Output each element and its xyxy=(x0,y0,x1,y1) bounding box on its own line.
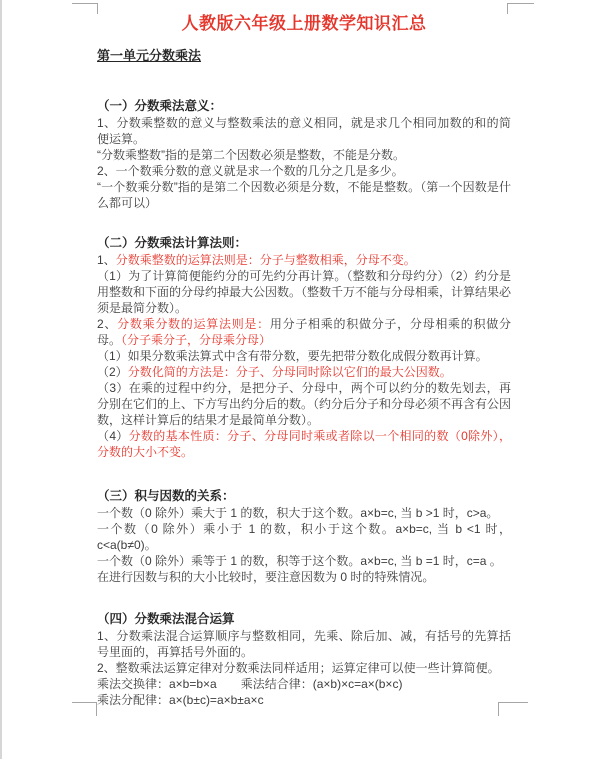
paragraph: 1、分数乘法混合运算顺序与整数相同，先乘、除后加、减，有括号的先算括号里面的，再… xyxy=(97,628,511,660)
text-segment: 一个数（0 除外）乘大于 1 的数，积大于这个数。a×b=c, 当 b >1 时… xyxy=(97,506,498,520)
paragraph: 1、分数乘整数的意义与整数乘法的意义相同，就是求几个相同加数的和的简便运算。 xyxy=(97,115,511,147)
text-segment: “一个数乘分数”指的是第二个因数必须是分数，不能是整数。（第一个因数是什么都可以… xyxy=(97,180,511,210)
text-segment: （分子乘分子，分母乘分母） xyxy=(121,333,271,347)
paragraph: 一个数（0 除外）乘等于 1 的数，积等于这个数。a×b=c, 当 b =1 时… xyxy=(97,553,511,569)
paragraph: 乘法交换律：a×b=b×a 乘法结合律：(a×b)×c=a×(b×c) xyxy=(97,676,511,692)
paragraph: （1）为了计算简便能约分的可先约分再计算。（整数和分母约分）（2）约分是用整数和… xyxy=(97,268,511,316)
text-segment: 乘法交换律：a×b=b×a 乘法结合律：(a×b)×c=a×(b×c) xyxy=(97,677,402,691)
paragraph: （4）分数的基本性质：分子、分母同时乘或者除以一个相同的数（0除外），分数的大小… xyxy=(97,428,511,460)
section-mixed-operations: （四）分数乘法混合运算 1、分数乘法混合运算顺序与整数相同，先乘、除后加、减，有… xyxy=(97,611,511,708)
section-fraction-multiplication-rules: （二）分数乘法计算法则： 1、分数乘整数的运算法则是：分子与整数相乘，分母不变。… xyxy=(97,235,511,460)
text-segment: 一个数（0 除外）乘等于 1 的数，积等于这个数。a×b=c, 当 b =1 时… xyxy=(97,554,502,568)
document-body: 人教版六年级上册数学知识汇总 第一单元分数乘法 （一）分数乘法意义： 1、分数乘… xyxy=(97,12,511,708)
text-segment: “分数乘整数”指的是第二个因数必须是整数，不能是分数。 xyxy=(97,148,405,162)
paragraph: 在进行因数与积的大小比较时，要注意因数为 0 时的特殊情况。 xyxy=(97,569,511,585)
text-segment: 分数乘分数的运算法则是： xyxy=(117,317,270,331)
page-edge-shadow xyxy=(0,0,2,759)
text-boundary-mark-top-right xyxy=(507,3,534,14)
text-segment: （4） xyxy=(97,429,129,443)
text-segment: 2、一个数乘分数的意义就是求一个数的几分之几是多少。 xyxy=(97,164,404,178)
text-segment: 1、分数乘整数的意义与整数乘法的意义相同，就是求几个相同加数的和的简便运算。 xyxy=(97,116,511,146)
paragraph: 一个数（0 除外）乘小于 1 的数，积小于这个数。a×b=c, 当 b <1 时… xyxy=(97,521,511,553)
text-segment: （1）为了计算简便能约分的可先约分再计算。（整数和分母约分）（2）约分是用整数和… xyxy=(97,269,511,315)
paragraph: “一个数乘分数”指的是第二个因数必须是分数，不能是整数。（第一个因数是什么都可以… xyxy=(97,179,511,211)
text-segment: 分数的基本性质：分子、分母同时乘或者除以一个相同的数（0除外），分数的大小不变。 xyxy=(97,429,511,459)
text-segment: 1、分数乘法混合运算顺序与整数相同，先乘、除后加、减，有括号的先算括号里面的，再… xyxy=(97,629,511,659)
section-product-factor-relation: （三）积与因数的关系： 一个数（0 除外）乘大于 1 的数，积大于这个数。a×b… xyxy=(97,488,511,585)
paragraph: 2、一个数乘分数的意义就是求一个数的几分之几是多少。 xyxy=(97,163,511,179)
text-boundary-mark-bottom-left xyxy=(72,702,97,716)
text-segment: 分数乘整数的运算法则是：分子与整数相乘，分母不变。 xyxy=(116,253,416,267)
paragraph: 1、分数乘整数的运算法则是：分子与整数相乘，分母不变。 xyxy=(97,252,511,268)
section-fraction-multiplication-meaning: （一）分数乘法意义： 1、分数乘整数的意义与整数乘法的意义相同，就是求几个相同加… xyxy=(97,98,511,211)
text-segment: 2、整数乘法运算定律对分数乘法同样适用；运算定律可以使一些计算简便。 xyxy=(97,661,500,675)
text-boundary-mark-top-left xyxy=(72,3,98,14)
paragraph: “分数乘整数”指的是第二个因数必须是整数，不能是分数。 xyxy=(97,147,511,163)
text-segment: 乘法分配律：a×(b±c)=a×b±a×c xyxy=(97,693,264,707)
paragraph: （3）在乘的过程中约分，是把分子、分母中，两个可以约分的数先划去，再分别在它们的… xyxy=(97,380,511,428)
paragraph: 2、整数乘法运算定律对分数乘法同样适用；运算定律可以使一些计算简便。 xyxy=(97,660,511,676)
text-segment: （3）在乘的过程中约分，是把分子、分母中，两个可以约分的数先划去，再分别在它们的… xyxy=(97,381,511,427)
text-segment: 1、 xyxy=(97,253,116,267)
paragraph: （2）分数化简的方法是：分子、分母同时除以它们的最大公因数。 xyxy=(97,364,511,380)
section-header: （三）积与因数的关系： xyxy=(97,488,511,505)
paragraph: 2、分数乘分数的运算法则是：用分子相乘的积做分子，分母相乘的积做分母。（分子乘分… xyxy=(97,316,511,348)
section-header: （二）分数乘法计算法则： xyxy=(97,235,511,252)
text-segment: （1）如果分数乘法算式中含有带分数，要先把带分数化成假分数再计算。 xyxy=(97,349,488,363)
paragraph: 乘法分配律：a×(b±c)=a×b±a×c xyxy=(97,692,511,708)
paragraph: 一个数（0 除外）乘大于 1 的数，积大于这个数。a×b=c, 当 b >1 时… xyxy=(97,505,511,521)
unit-heading: 第一单元分数乘法 xyxy=(97,47,511,64)
doc-title: 人教版六年级上册数学知识汇总 xyxy=(97,12,511,36)
text-segment: 2、 xyxy=(97,317,117,331)
paragraph: （1）如果分数乘法算式中含有带分数，要先把带分数化成假分数再计算。 xyxy=(97,348,511,364)
section-header: （一）分数乘法意义： xyxy=(97,98,511,115)
text-segment: 在进行因数与积的大小比较时，要注意因数为 0 时的特殊情况。 xyxy=(97,570,434,584)
text-segment: （2） xyxy=(97,365,128,379)
section-header: （四）分数乘法混合运算 xyxy=(97,611,511,628)
text-segment: 分数化简的方法是：分子、分母同时除以它们的最大公因数。 xyxy=(128,365,452,379)
text-segment: 一个数（0 除外）乘小于 1 的数，积小于这个数。a×b=c, 当 b <1 时… xyxy=(97,522,511,552)
word-page: 人教版六年级上册数学知识汇总 第一单元分数乘法 （一）分数乘法意义： 1、分数乘… xyxy=(0,0,594,759)
